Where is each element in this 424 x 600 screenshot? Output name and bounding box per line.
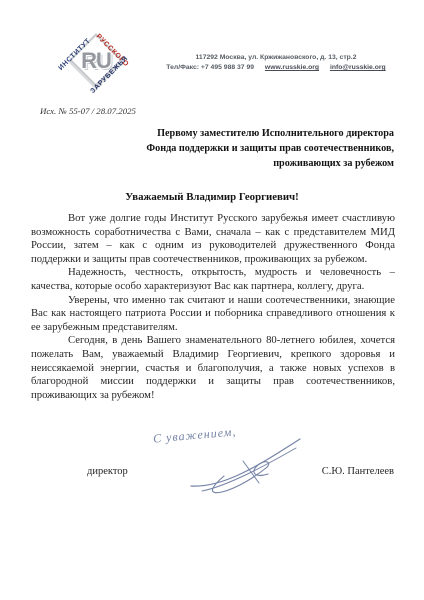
letterhead-contact-line: Тел/Факс: +7 495 988 37 99 www.russkie.o… — [132, 63, 420, 73]
addressee-block: Первому заместителю Исполнительного дире… — [64, 126, 394, 172]
letterhead-email-link: info@russkie.org — [330, 64, 386, 71]
letterhead-contacts: 117292 Москва, ул. Кржижановского, д. 13… — [132, 53, 420, 73]
letterhead-website-link: www.russkie.org — [265, 64, 319, 71]
letter-page: { "letterhead": { "logo": { "top_left_te… — [0, 0, 424, 600]
signer-title: директор — [87, 466, 128, 477]
salutation: Уважаемый Владимир Георгиевич! — [0, 191, 424, 203]
letter-body: Вот уже долгие годы Институт Русского за… — [31, 212, 395, 402]
letterhead-phone: Тел/Факс: +7 495 988 37 99 — [166, 64, 254, 71]
letterhead-address: 117292 Москва, ул. Кржижановского, д. 13… — [132, 53, 420, 63]
signer-name: С.Ю. Пантелеев — [322, 466, 394, 477]
letter-paragraph: Вот уже долгие годы Институт Русского за… — [31, 212, 395, 266]
letter-paragraph: Уверены, что именно так считают и наши с… — [31, 294, 395, 335]
handwritten-signature — [188, 436, 303, 494]
institute-logo: RU ИНСТИТУТ РУССКОГО ЗАРУБЕЖЬЯ — [52, 20, 140, 102]
letter-paragraph: Сегодня, в день Вашего знаменательного 8… — [31, 334, 395, 402]
outgoing-reference-number: Исх. № 55-07 / 28.07.2025 — [40, 106, 136, 116]
letter-paragraph: Надежность, честность, открытость, мудро… — [31, 266, 395, 293]
